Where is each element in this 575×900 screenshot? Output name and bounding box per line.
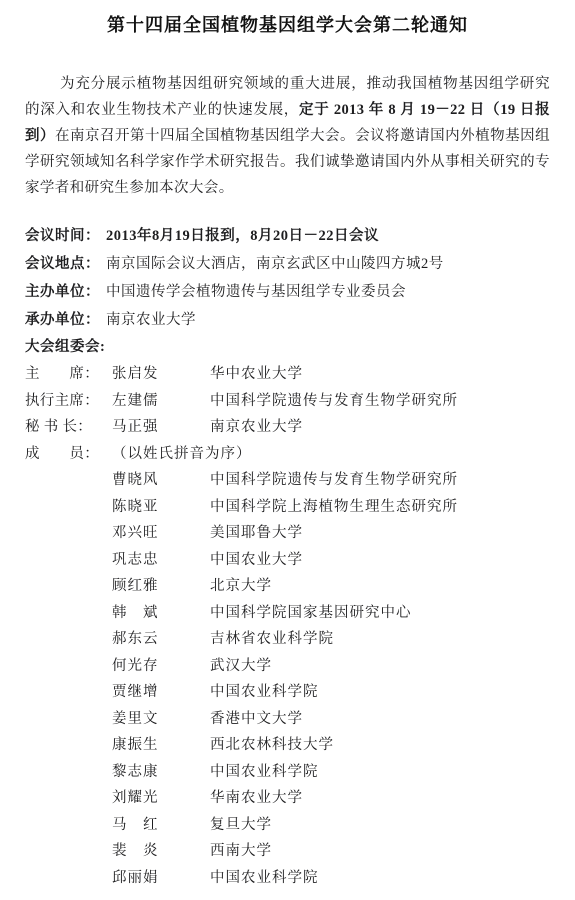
member-role-spacer	[25, 812, 112, 839]
member-row: 曹晓风中国科学院遗传与发育生物学研究所	[25, 467, 550, 494]
member-role-spacer	[25, 467, 112, 494]
info-label-time: 会议时间：	[25, 228, 100, 244]
member-role-spacer	[25, 653, 112, 680]
member-role-spacer	[25, 785, 112, 812]
member-name: 巩志忠	[112, 547, 210, 574]
member-org: 中国农业科学院	[210, 865, 550, 892]
committee-org: 华中农业大学	[210, 361, 550, 388]
member-org: 香港中文大学	[210, 706, 550, 733]
committee-org	[210, 441, 550, 468]
member-org: 西北农林科技大学	[210, 732, 550, 759]
member-row: 马 红复旦大学	[25, 812, 550, 839]
committee-list: 主 席：张启发华中农业大学 执行主席：左建儒中国科学院遗传与发育生物学研究所 秘…	[25, 361, 550, 891]
member-row: 韩 斌中国科学院国家基因研究中心	[25, 600, 550, 627]
info-row-location: 会议地点：南京国际会议大酒店，南京玄武区中山陵四方城2号	[25, 250, 550, 278]
member-name: 马 红	[112, 812, 210, 839]
member-role-spacer	[25, 838, 112, 865]
member-org: 中国科学院遗传与发育生物学研究所	[210, 467, 550, 494]
member-name: 何光存	[112, 653, 210, 680]
info-row-host: 承办单位：南京农业大学	[25, 306, 550, 334]
committee-role: 执行主席：	[25, 388, 112, 415]
info-row-organizer: 主办单位：中国遗传学会植物遗传与基因组学专业委员会	[25, 278, 550, 306]
document-title: 第十四届全国植物基因组学大会第二轮通知	[25, 0, 550, 37]
info-value-time: 2013年8月19日报到，8月20日－22日会议	[106, 228, 379, 244]
member-name: 邓兴旺	[112, 520, 210, 547]
member-org: 吉林省农业科学院	[210, 626, 550, 653]
member-row: 刘耀光华南农业大学	[25, 785, 550, 812]
committee-row-members-label: 成 员：（以姓氏拼音为序）	[25, 441, 550, 468]
member-row: 何光存武汉大学	[25, 653, 550, 680]
member-name: 郝东云	[112, 626, 210, 653]
member-org: 北京大学	[210, 573, 550, 600]
info-row-time: 会议时间：2013年8月19日报到，8月20日－22日会议	[25, 222, 550, 250]
member-role-spacer	[25, 759, 112, 786]
member-row: 顾红雅北京大学	[25, 573, 550, 600]
member-role-spacer	[25, 732, 112, 759]
intro-paragraph: 为充分展示植物基因组研究领域的重大进展，推动我国植物基因组学研究的深入和农业生物…	[25, 71, 550, 201]
member-row: 陈晓亚中国科学院上海植物生理生态研究所	[25, 494, 550, 521]
info-label-location: 会议地点：	[25, 256, 100, 272]
member-row: 贾继增中国农业科学院	[25, 679, 550, 706]
member-role-spacer	[25, 547, 112, 574]
member-role-spacer	[25, 520, 112, 547]
member-row: 邱丽娟中国农业科学院	[25, 865, 550, 892]
member-role-spacer	[25, 865, 112, 892]
member-org: 西南大学	[210, 838, 550, 865]
member-row: 裴 炎西南大学	[25, 838, 550, 865]
member-row: 康振生西北农林科技大学	[25, 732, 550, 759]
member-org: 华南农业大学	[210, 785, 550, 812]
member-name: 刘耀光	[112, 785, 210, 812]
member-row: 黎志康中国农业科学院	[25, 759, 550, 786]
info-value-location: 南京国际会议大酒店，南京玄武区中山陵四方城2号	[106, 256, 444, 272]
committee-heading: 大会组委会:	[25, 334, 550, 361]
member-row: 姜里文香港中文大学	[25, 706, 550, 733]
committee-name: 左建儒	[112, 388, 210, 415]
committee-org: 南京农业大学	[210, 414, 550, 441]
member-org: 美国耶鲁大学	[210, 520, 550, 547]
info-label-host: 承办单位：	[25, 312, 100, 328]
member-name: 邱丽娟	[112, 865, 210, 892]
member-name: 裴 炎	[112, 838, 210, 865]
info-label-organizer: 主办单位：	[25, 284, 100, 300]
committee-role: 主 席：	[25, 361, 112, 388]
member-org: 中国农业科学院	[210, 679, 550, 706]
committee-org: 中国科学院遗传与发育生物学研究所	[210, 388, 550, 415]
member-org: 复旦大学	[210, 812, 550, 839]
member-role-spacer	[25, 679, 112, 706]
member-org: 中国农业科学院	[210, 759, 550, 786]
committee-role: 成 员：	[25, 441, 112, 468]
member-name: 陈晓亚	[112, 494, 210, 521]
member-name: 曹晓风	[112, 467, 210, 494]
member-role-spacer	[25, 626, 112, 653]
committee-name: 马正强	[112, 414, 210, 441]
committee-members-note: （以姓氏拼音为序）	[112, 441, 210, 468]
committee-row-secretary: 秘 书 长：马正强南京农业大学	[25, 414, 550, 441]
member-role-spacer	[25, 573, 112, 600]
member-row: 巩志忠中国农业大学	[25, 547, 550, 574]
document-page: 第十四届全国植物基因组学大会第二轮通知 为充分展示植物基因组研究领域的重大进展，…	[0, 0, 575, 900]
committee-row-chair: 主 席：张启发华中农业大学	[25, 361, 550, 388]
member-role-spacer	[25, 600, 112, 627]
member-row: 郝东云吉林省农业科学院	[25, 626, 550, 653]
member-org: 中国农业大学	[210, 547, 550, 574]
member-name: 贾继增	[112, 679, 210, 706]
info-value-organizer: 中国遗传学会植物遗传与基因组学专业委员会	[106, 284, 406, 300]
member-row: 邓兴旺美国耶鲁大学	[25, 520, 550, 547]
member-org: 中国科学院上海植物生理生态研究所	[210, 494, 550, 521]
committee-role: 秘 书 长：	[25, 414, 112, 441]
member-name: 康振生	[112, 732, 210, 759]
committee-row-exec-chair: 执行主席：左建儒中国科学院遗传与发育生物学研究所	[25, 388, 550, 415]
member-org: 中国科学院国家基因研究中心	[210, 600, 550, 627]
member-role-spacer	[25, 706, 112, 733]
member-name: 顾红雅	[112, 573, 210, 600]
member-name: 黎志康	[112, 759, 210, 786]
committee-name: 张启发	[112, 361, 210, 388]
member-name: 姜里文	[112, 706, 210, 733]
intro-text-tail: 在南京召开第十四届全国植物基因组学大会。会议将邀请国内外植物基因组学研究领域知名…	[25, 128, 550, 196]
member-role-spacer	[25, 494, 112, 521]
member-org: 武汉大学	[210, 653, 550, 680]
member-name: 韩 斌	[112, 600, 210, 627]
conference-info: 会议时间：2013年8月19日报到，8月20日－22日会议 会议地点：南京国际会…	[25, 222, 550, 334]
info-value-host: 南京农业大学	[106, 312, 196, 328]
